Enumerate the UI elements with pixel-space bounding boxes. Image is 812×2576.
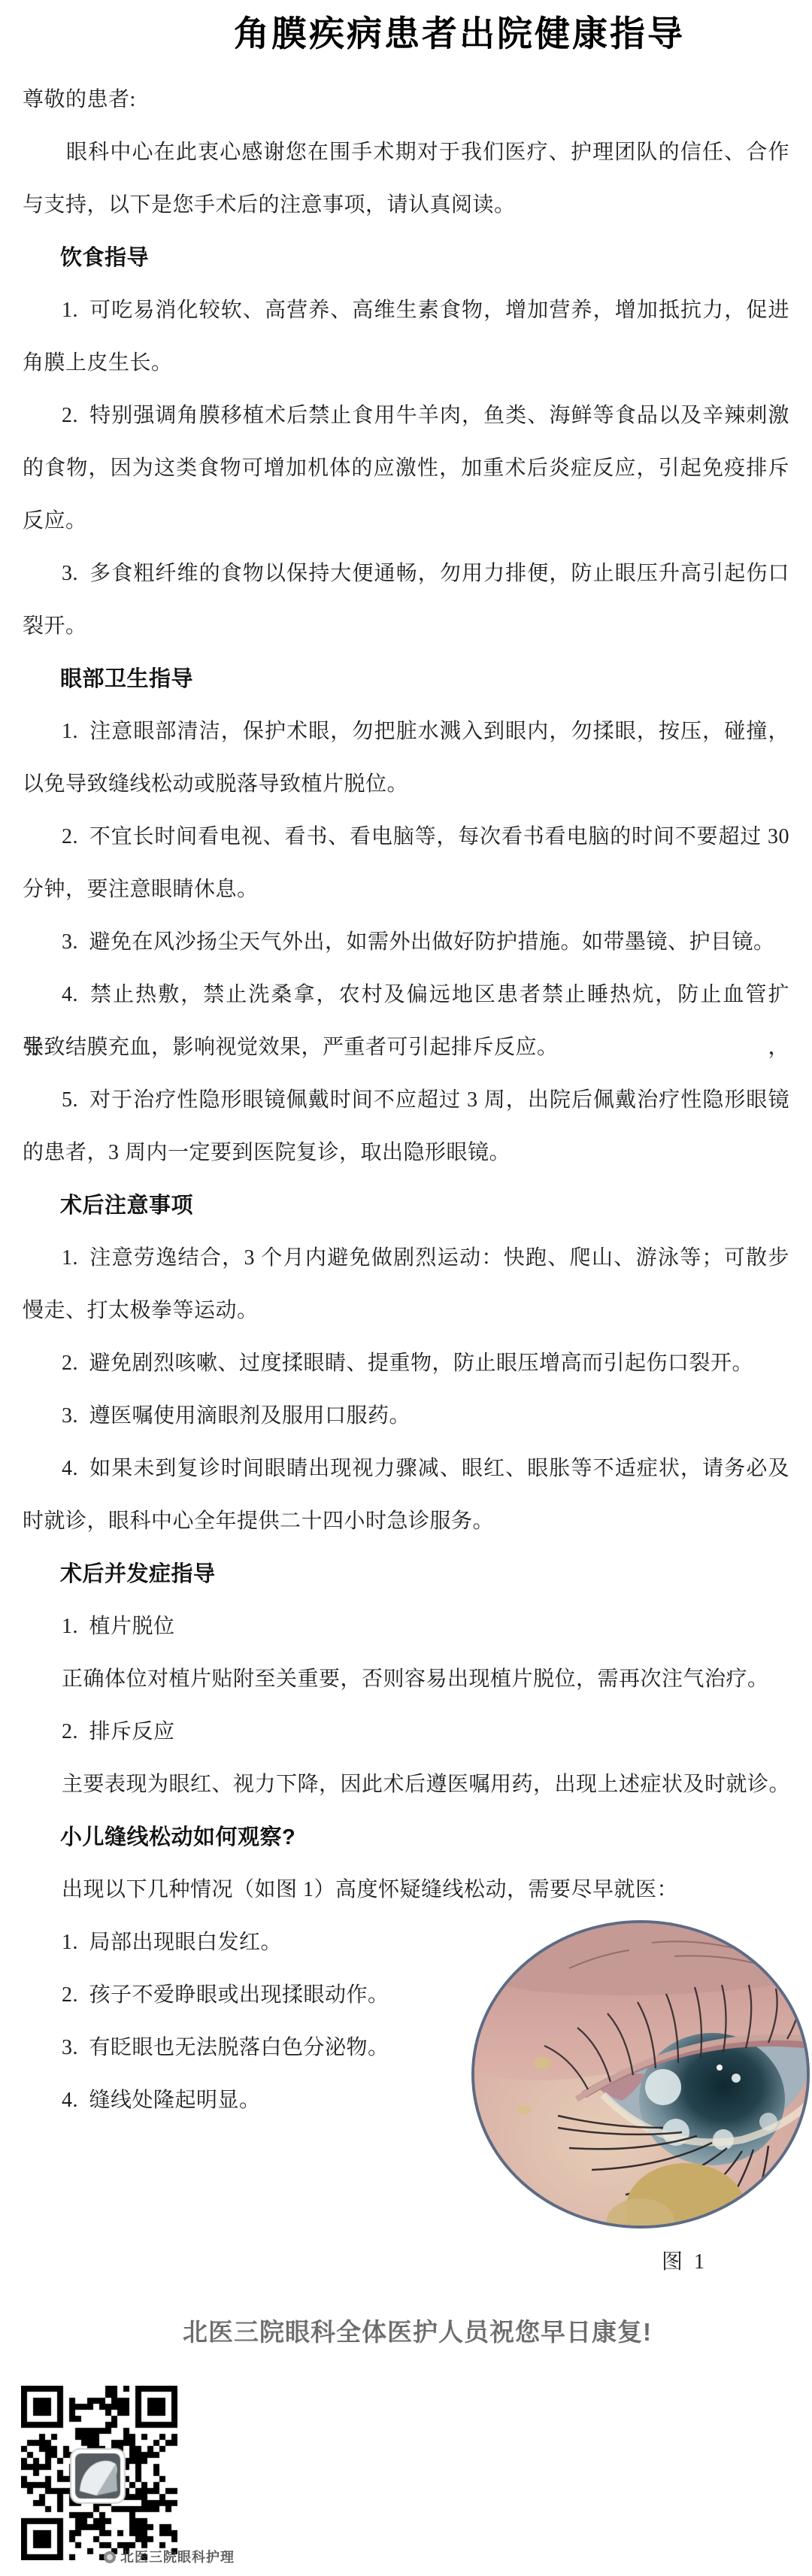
list-item: 5. 对于治疗性隐形眼镜佩戴时间不应超过 3 周，出院后佩戴治疗性隐形眼镜 <box>23 1074 789 1127</box>
page-title: 角膜疾病患者出院健康指导 <box>0 6 812 62</box>
doc-line: 慢走、打太极拳等运动。 <box>23 1285 259 1337</box>
document-page: 角膜疾病患者出院健康指导 尊敬的患者: 眼科中心在此衷心感谢您在围手术期对于我们… <box>0 0 812 2576</box>
eye-photo-illustration <box>471 1920 810 2229</box>
list-item: 1. 注意劳逸结合，3 个月内避免做剧烈运动：快跑、爬山、游泳等；可散步 <box>23 1232 789 1285</box>
list-item: 3. 有眨眼也无法脱落白色分泌物。 <box>62 2022 389 2074</box>
list-item: 1. 植片脱位 <box>62 1601 175 1653</box>
doc-line: 出现以下几种情况（如图 1）高度怀疑缝线松动，需要尽早就医： <box>62 1864 678 1916</box>
section-heading-postop-precautions: 术后注意事项 <box>60 1179 193 1232</box>
section-heading-suture-observation: 小儿缝线松动如何观察? <box>60 1811 295 1864</box>
doc-line: 导致结膜充血，影响视觉效果，严重者可引起排斥反应。 <box>23 1021 559 1074</box>
account-logo-icon <box>104 2551 116 2563</box>
list-item: 4. 禁止热敷，禁止洗桑拿，农村及偏远地区患者禁止睡热炕，防止血管扩张， <box>23 969 789 1021</box>
doc-line: 分钟，要注意眼睛休息。 <box>23 863 259 916</box>
list-item: 2. 不宜长时间看电视、看书、看电脑等，每次看书看电脑的时间不要超过 30 <box>23 811 789 863</box>
list-item: 1. 注意眼部清洁，保护术眼，勿把脏水溅入到眼内，勿揉眼，按压，碰撞， <box>23 705 789 758</box>
list-item: 3. 多食粗纤维的食物以保持大便通畅，勿用力排便，防止眼压升高引起伤口 <box>23 548 789 600</box>
list-item: 2. 避免剧烈咳嗽、过度揉眼睛、提重物，防止眼压增高而引起伤口裂开。 <box>62 1337 753 1390</box>
section-heading-complications: 术后并发症指导 <box>60 1548 216 1601</box>
list-item: 4. 如果未到复诊时间眼睛出现视力骤减、眼红、眼胀等不适症状，请务必及 <box>23 1443 789 1495</box>
section-heading-eye-hygiene: 眼部卫生指导 <box>60 653 193 705</box>
salutation: 尊敬的患者: <box>23 74 136 126</box>
qr-code-canvas <box>21 2386 177 2560</box>
doc-line: 反应。 <box>23 495 87 548</box>
doc-line: 角膜上皮生长。 <box>23 337 173 390</box>
doc-line: 与支持，以下是您手术后的注意事项，请认真阅读。 <box>23 179 516 232</box>
section-heading-diet: 饮食指导 <box>60 232 149 284</box>
doc-line: 时就诊，眼科中心全年提供二十四小时急诊服务。 <box>23 1495 494 1548</box>
closing-wish: 北医三院眼科全体医护人员祝您早日康复! <box>23 2311 812 2353</box>
figure-eye-photo <box>471 1920 810 2229</box>
doc-line: 正确体位对植片贴附至关重要，否则容易出现植片脱位，需再次注气治疗。 <box>62 1653 769 1706</box>
doc-line: 的食物，因为这类食物可增加机体的应激性，加重术后炎症反应，引起免疫排斥 <box>23 442 789 495</box>
list-item: 2. 孩子不爱睁眼或出现揉眼动作。 <box>62 1969 389 2022</box>
doc-line: 以免导致缝线松动或脱落导致植片脱位。 <box>23 758 408 811</box>
doc-line: 眼科中心在此衷心感谢您在围手术期对于我们医疗、护理团队的信任、合作 <box>23 126 789 179</box>
list-item: 1. 可吃易消化较软、高营养、高维生素食物，增加营养，增加抵抗力，促进 <box>23 284 789 337</box>
qr-watermark-label: 北医三院眼科护理 <box>120 2548 235 2566</box>
list-item: 4. 缝线处隆起明显。 <box>62 2074 261 2127</box>
doc-line: 主要表现为眼红、视力下降，因此术后遵医嘱用药，出现上述症状及时就诊。 <box>62 1758 790 1811</box>
list-item: 2. 特别强调角膜移植术后禁止食用牛羊肉，鱼类、海鲜等食品以及辛辣刺激 <box>23 390 789 442</box>
figure-caption: 图 1 <box>662 2236 707 2289</box>
doc-line: 的患者，3 周内一定要到医院复诊，取出隐形眼镜。 <box>23 1127 511 1179</box>
list-item: 1. 局部出现眼白发红。 <box>62 1916 282 1969</box>
list-item: 3. 遵医嘱使用滴眼剂及服用口服药。 <box>62 1390 411 1443</box>
list-item: 3. 避免在风沙扬尘天气外出，如需外出做好防护措施。如带墨镜、护目镜。 <box>62 916 775 969</box>
doc-line: 裂开。 <box>23 600 87 653</box>
list-item: 2. 排斥反应 <box>62 1706 175 1758</box>
